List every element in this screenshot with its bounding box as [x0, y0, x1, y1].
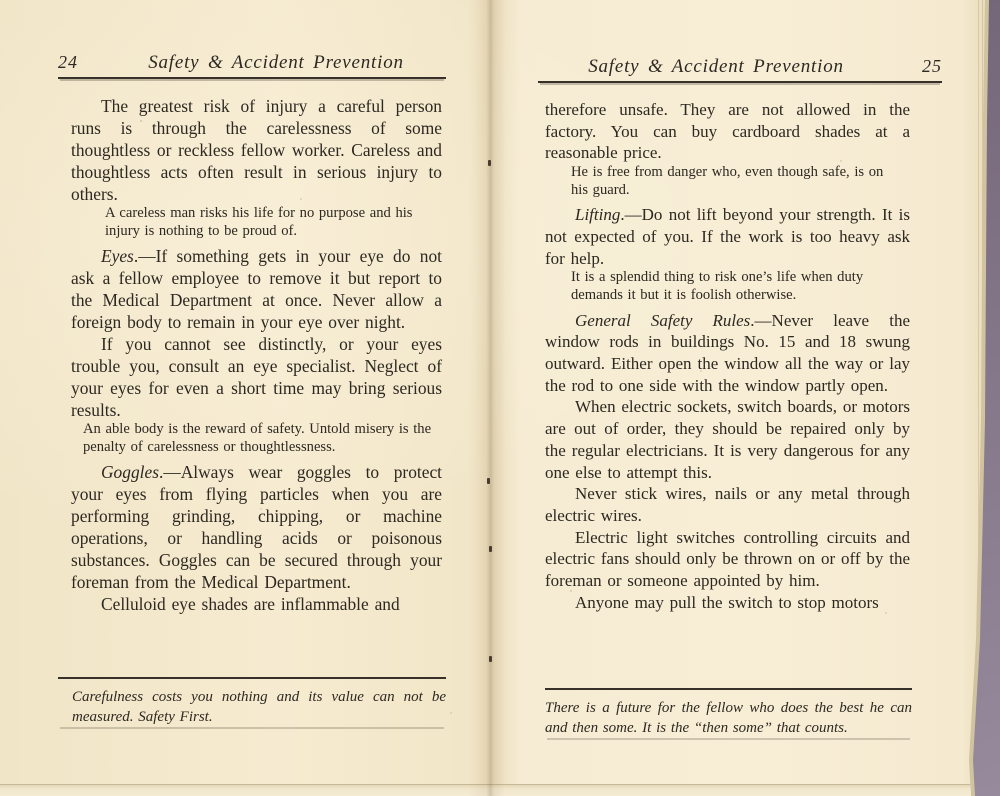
- left-running-title: Safety & Accident Prevention: [106, 52, 446, 74]
- right-page-header: Safety & Accident Prevention 25: [538, 56, 942, 83]
- left-page-number: 24: [58, 52, 106, 73]
- left-page-header: 24 Safety & Accident Prevention: [58, 52, 446, 79]
- stitch-mark: [489, 656, 492, 662]
- left-footnote-rule: Carefulness costs you nothing and its va…: [58, 677, 446, 727]
- paragraph-shades-cont: therefore unsafe. They are not allowed i…: [545, 99, 910, 164]
- left-footnote-quote: Carefulness costs you nothing and its va…: [72, 688, 446, 727]
- paragraph-lifting: Lifting.—Do not lift beyond your strengt…: [545, 204, 910, 269]
- book-scan-photo: { "book": { "left_page": { "page_number"…: [0, 0, 1000, 796]
- paragraph-intro: The greatest risk of injury a careful pe…: [71, 95, 442, 205]
- paragraph-anyone: Anyone may pull the switch to stop motor…: [545, 592, 910, 614]
- stitch-mark: [487, 478, 490, 484]
- right-running-title: Safety & Accident Prevention: [538, 56, 894, 78]
- paragraph-celluloid: Celluloid eye shades are inflammable and: [71, 593, 442, 615]
- section-lead-goggles: Goggles: [101, 462, 159, 482]
- section-lead-general-rules: General Safety Rules: [575, 311, 750, 330]
- stitch-mark: [488, 160, 491, 166]
- right-footnote-quote: There is a future for the fellow who doe…: [545, 699, 912, 738]
- section-lead-eyes: Eyes: [101, 246, 134, 266]
- section-lead-lifting: Lifting: [575, 205, 620, 224]
- paragraph-electric-repair: When electric sockets, switch boards, or…: [545, 396, 910, 483]
- right-footnote-rule: There is a future for the fellow who doe…: [545, 688, 912, 738]
- paragraph-wires: Never stick wires, nails or any metal th…: [545, 483, 910, 526]
- fine-print-note: A careless man risks his life for no pur…: [71, 205, 442, 240]
- right-page-number: 25: [894, 56, 942, 77]
- fine-print-note: It is a splendid thing to risk one’s lif…: [545, 269, 910, 304]
- book-spread: 24 Safety & Accident Prevention The grea…: [0, 0, 1000, 796]
- paragraph-eyesight: If you cannot see distinctly, or your ey…: [71, 333, 442, 421]
- paragraph-switches: Electric light switches controlling circ…: [545, 527, 910, 592]
- left-page-body: The greatest risk of injury a careful pe…: [71, 95, 442, 615]
- left-page: 24 Safety & Accident Prevention The grea…: [58, 52, 446, 772]
- right-page: Safety & Accident Prevention 25 therefor…: [538, 56, 942, 776]
- fine-print-note: He is free from danger who, even though …: [545, 164, 910, 199]
- gutter-crease: [468, 0, 516, 796]
- stitch-mark: [489, 546, 492, 552]
- paragraph-eyes: Eyes.—If something gets in your eye do n…: [71, 245, 442, 333]
- fine-print-note: An able body is the reward of safety. Un…: [71, 421, 442, 456]
- paragraph-goggles: Goggles.—Always wear goggles to protect …: [71, 461, 442, 593]
- paragraph-general-rules: General Safety Rules.—Never leave the wi…: [545, 310, 910, 397]
- right-page-body: therefore unsafe. They are not allowed i…: [545, 99, 910, 613]
